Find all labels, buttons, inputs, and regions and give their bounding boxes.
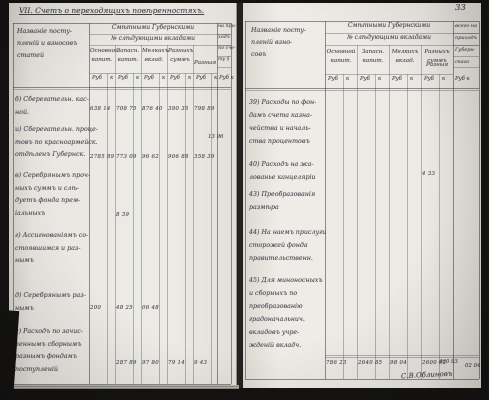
cell-value: 358 39 (194, 154, 217, 160)
stray-value: 460 93 (439, 359, 458, 365)
cell-value: 06 48 (142, 305, 167, 311)
table-rule-horizontal (453, 56, 479, 57)
table-rule-horizontal (89, 45, 231, 46)
side-column-header-line: на при- (218, 24, 236, 29)
row-description-column-header: пленій и взносовъ (17, 40, 77, 47)
table-rule-vertical (389, 45, 390, 379)
column-header: суммъ (168, 57, 192, 63)
column-header: Основной (90, 48, 114, 54)
column-header: Мелкихъ (142, 48, 166, 54)
table-rule-vertical (211, 73, 212, 384)
scanned-ledger-photo: VII. Счетъ о переходящихъ повѣренностяхъ… (0, 0, 489, 400)
table-rule-horizontal (13, 89, 231, 90)
table-rule-horizontal (325, 74, 453, 75)
side-column-header-line: Губерн- (455, 47, 475, 53)
row-description-line: товъ по красноармейск. (15, 139, 98, 146)
currency-rub-label: Руб (92, 75, 102, 81)
row-description-column-header: статей (17, 52, 44, 59)
row-description-line: правительственн. (249, 255, 313, 262)
currency-kop-label: к (136, 75, 139, 81)
table-rule-vertical (159, 73, 160, 384)
row-description-column-header: Названіе посту- (17, 28, 72, 35)
scan-edge-top (0, 0, 489, 3)
row-description-line: ной. (15, 109, 29, 116)
table-rule-horizontal (453, 45, 479, 46)
table-rule-horizontal (89, 73, 217, 74)
currency-rub-label: Руб (144, 75, 154, 81)
column-header: Запасн. (358, 49, 388, 55)
table-rule-vertical (343, 74, 344, 379)
row-description-line: д) Серебрянымъ раз- (15, 292, 86, 299)
currency-rub-label: Руб (392, 76, 402, 82)
cell-value: 390 35 (168, 106, 193, 112)
cell-value: 287 89 (116, 360, 141, 366)
table-rule-vertical (107, 73, 108, 384)
row-description-line: стоявшимся и раз- (15, 245, 80, 252)
column-header: капит. (358, 58, 388, 64)
currency-rub-label: Руб к (455, 76, 470, 82)
row-description-line: преобразованію (249, 303, 303, 310)
table-rule-vertical (421, 45, 422, 379)
currency-rub-label: Руб к (219, 75, 234, 81)
row-description-line: жденій вкладч. (249, 342, 301, 349)
currency-kop-label: к (162, 75, 165, 81)
table-rule-vertical (185, 73, 186, 384)
totals-cell-value: 98 04 (390, 360, 407, 366)
row-description-line: нымъ (15, 257, 34, 264)
currency-kop-label: к (410, 76, 413, 82)
stray-value: 02 04 (465, 363, 480, 369)
column-header: капит. (90, 57, 114, 63)
currency-kop-label: к (110, 75, 113, 81)
table-rule-vertical (167, 45, 168, 384)
cell-value: 2785 89 (90, 154, 115, 160)
cell-value: 876 40 (142, 106, 167, 112)
ledger-right-page: 33 С.В.Облиновъ Названіе посту-пленій вз… (243, 3, 481, 388)
totals-cell-value: 2640 85 (358, 360, 382, 366)
cell-value: 9 43 (194, 360, 217, 366)
row-description-line: лованье канцеляріи (249, 174, 316, 181)
row-description-line: и) Сберегательн. проце- (15, 126, 98, 133)
span-header-line1: Смѣтными Губернскими (325, 22, 453, 29)
span-header-line2: № слѣдующими вкладами (89, 35, 217, 42)
column-header: Запасн. (116, 48, 140, 54)
currency-rub-label: Руб (170, 75, 180, 81)
page-number: 33 (455, 3, 466, 13)
currency-kop-label: к (346, 76, 349, 82)
row-description-line: поступленій (15, 366, 58, 373)
table-rule-horizontal (245, 90, 479, 91)
table-rule-horizontal (217, 67, 231, 68)
cell-value: 773 09 (116, 154, 141, 160)
row-description-line: дамъ счета казна- (249, 112, 312, 119)
totals-cell-value: 786 23 (326, 360, 347, 366)
row-description-line: вкладовъ учре- (249, 329, 299, 336)
table-rule-vertical (245, 21, 246, 379)
currency-kop-label: к (378, 76, 381, 82)
table-rule-horizontal (453, 33, 479, 34)
row-description-line: 45) Для миноносныхъ (249, 277, 322, 284)
extra-column-header: Разныя (193, 60, 217, 66)
extra-column-header: Разныя (421, 62, 453, 68)
row-description-line: и сборныхъ по (249, 290, 297, 297)
table-rule-horizontal (325, 357, 479, 358)
row-description-line: е) Расходъ по зачис- (15, 328, 83, 335)
column-header: Разныхъ (168, 48, 192, 54)
row-description-line: градоначальнич. (249, 316, 305, 323)
row-description-line: леннымъ сборнымъ (15, 341, 81, 348)
column-header: Разныхъ (422, 49, 452, 55)
row-description-line: г) Ассигнованіямъ со- (15, 232, 88, 239)
table-rule-vertical (479, 21, 480, 379)
scan-edge-bottom (0, 389, 489, 400)
row-description-column-header: пленій взно- (251, 39, 292, 46)
column-header: вклад. (390, 58, 420, 64)
row-description-line: чейства и началь- (249, 125, 311, 132)
row-description-line: размѣра (249, 204, 279, 211)
row-description-line: сторожей фонда (249, 242, 308, 249)
table-rule-horizontal (453, 67, 479, 68)
table-rule-vertical (141, 45, 142, 384)
currency-rub-label: Руб (328, 76, 338, 82)
cell-value: 708 75 (116, 106, 141, 112)
side-column-header-line: всего на (455, 23, 477, 29)
row-description-line: разнымъ фондамъ (15, 353, 77, 360)
row-description-line: отдѣленъ Губернск. (15, 151, 85, 158)
currency-rub-label: Руб (360, 76, 370, 82)
row-description-line: в) Серебрянымъ проч- (15, 172, 90, 179)
cell-value: 4 33 (422, 171, 453, 177)
table-rule-vertical (357, 45, 358, 379)
table-rule-vertical (453, 21, 454, 379)
table-rule-horizontal (245, 88, 479, 89)
table-rule-vertical (89, 23, 90, 384)
cell-value: 200 (90, 305, 115, 311)
table-rule-vertical (439, 74, 440, 379)
side-column-header-line: ту § (218, 57, 229, 62)
ledger-left-page: VII. Счетъ о переходящихъ повѣренностяхъ… (9, 3, 237, 387)
currency-kop-label: к (442, 76, 445, 82)
row-description-line: іальныхъ (15, 210, 45, 217)
cell-value: 798 89 (194, 106, 217, 112)
currency-rub-label: Руб (424, 76, 434, 82)
currency-kop-label: к (214, 75, 217, 81)
row-description-line: ныхъ суммъ и слѣ- (15, 185, 79, 192)
side-column-header-line: по сче- (218, 46, 236, 51)
column-header: вклад. (142, 57, 166, 63)
column-header: Мелкихъ (390, 49, 420, 55)
span-header-line2: № слѣдующими вкладами (325, 34, 453, 41)
row-description-line: б) Сберегательн. кас- (15, 96, 89, 103)
row-description-line: 44) На наемъ прислуги (249, 229, 326, 236)
table-rule-vertical (193, 45, 194, 384)
row-description-line: 39) Расходы по фон- (249, 99, 316, 106)
side-column-header-line: ходъ (218, 35, 230, 40)
stray-value: 13 96 (208, 134, 223, 140)
section-title: VII. Счетъ о переходящихъ повѣренностяхъ… (19, 6, 204, 15)
cell-value: 79 14 (168, 360, 193, 366)
cell-value: 97 80 (142, 360, 167, 366)
row-description-line: 43) Преобразованія (249, 191, 315, 198)
cell-value: 638 14 (90, 106, 115, 112)
row-description-column-header: совъ (251, 51, 266, 58)
cell-value: 8 39 (116, 212, 141, 218)
table-rule-horizontal (13, 87, 231, 88)
row-description-column-header: Названіе посту- (251, 27, 306, 34)
table-rule-vertical (407, 74, 408, 379)
currency-rub-label: Руб (118, 75, 128, 81)
cell-value: 48 25 (116, 305, 141, 311)
table-rule-vertical (375, 74, 376, 379)
table-rule-horizontal (245, 379, 479, 380)
side-column-header-line: скаго (455, 59, 469, 65)
cell-value: 96 62 (142, 154, 167, 160)
cell-value: 906 88 (168, 154, 193, 160)
row-description-line: дуетъ фонда прем- (15, 197, 80, 204)
row-description-line: ства процентовъ (249, 138, 310, 145)
column-header: Основной (326, 49, 356, 55)
column-header: капит. (116, 57, 140, 63)
span-header-line1: Смѣтными Губернскими (89, 24, 217, 31)
column-header: капит. (326, 58, 356, 64)
scan-edge-right (481, 0, 489, 400)
currency-kop-label: к (188, 75, 191, 81)
table-rule-horizontal (325, 355, 479, 356)
row-description-line: 40) Расходъ на жа- (249, 161, 313, 168)
side-column-header-line: приходъ (455, 35, 477, 41)
table-rule-vertical (133, 73, 134, 384)
currency-rub-label: Руб (196, 75, 206, 81)
